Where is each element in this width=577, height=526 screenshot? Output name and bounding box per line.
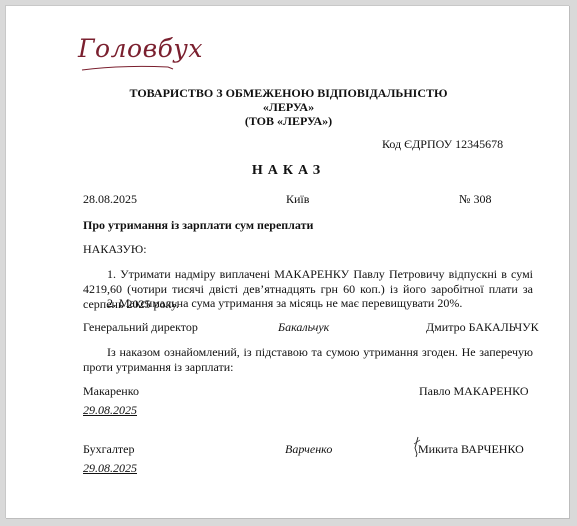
company-short-quoted: «ЛЕРУА» [0,100,577,115]
employee-signature: Макаренко [83,384,139,399]
employee-sign-date: 29.08.2025 [83,403,137,418]
document-title: НАКАЗ [0,163,577,179]
order-subject: Про утримання із зарплати сум переплати [83,218,313,233]
order-word: НАКАЗУЮ: [83,242,147,257]
order-item-2: 2. Максимальна сума утримання за місяць … [83,296,533,311]
accountant-signature: Варченко [285,442,332,457]
director-signature: Бакальчук [278,320,329,335]
order-city: Київ [286,192,309,207]
logo-swoosh-icon [80,63,175,73]
accountant-sign-date: 29.08.2025 [83,461,137,476]
edrpou-code: Код ЄДРПОУ 12345678 [382,137,503,152]
accountant-name: Микита ВАРЧЕНКО [418,442,524,457]
director-name: Дмитро БАКАЛЬЧУК [426,320,539,335]
acknowledgement-text: Із наказом ознайомлений, із підставою та… [83,345,533,375]
company-abbreviation: (ТОВ «ЛЕРУА») [0,114,577,129]
order-number: № 308 [459,192,491,207]
employee-name: Павло МАКАРЕНКО [419,384,529,399]
director-position: Генеральний директор [83,320,198,335]
company-name: ТОВАРИСТВО З ОБМЕЖЕНОЮ ВІДПОВІДАЛЬНІСТЮ [0,86,577,101]
accountant-position: Бухгалтер [83,442,135,457]
logo: Головбух [78,34,203,63]
order-date: 28.08.2025 [83,192,137,207]
